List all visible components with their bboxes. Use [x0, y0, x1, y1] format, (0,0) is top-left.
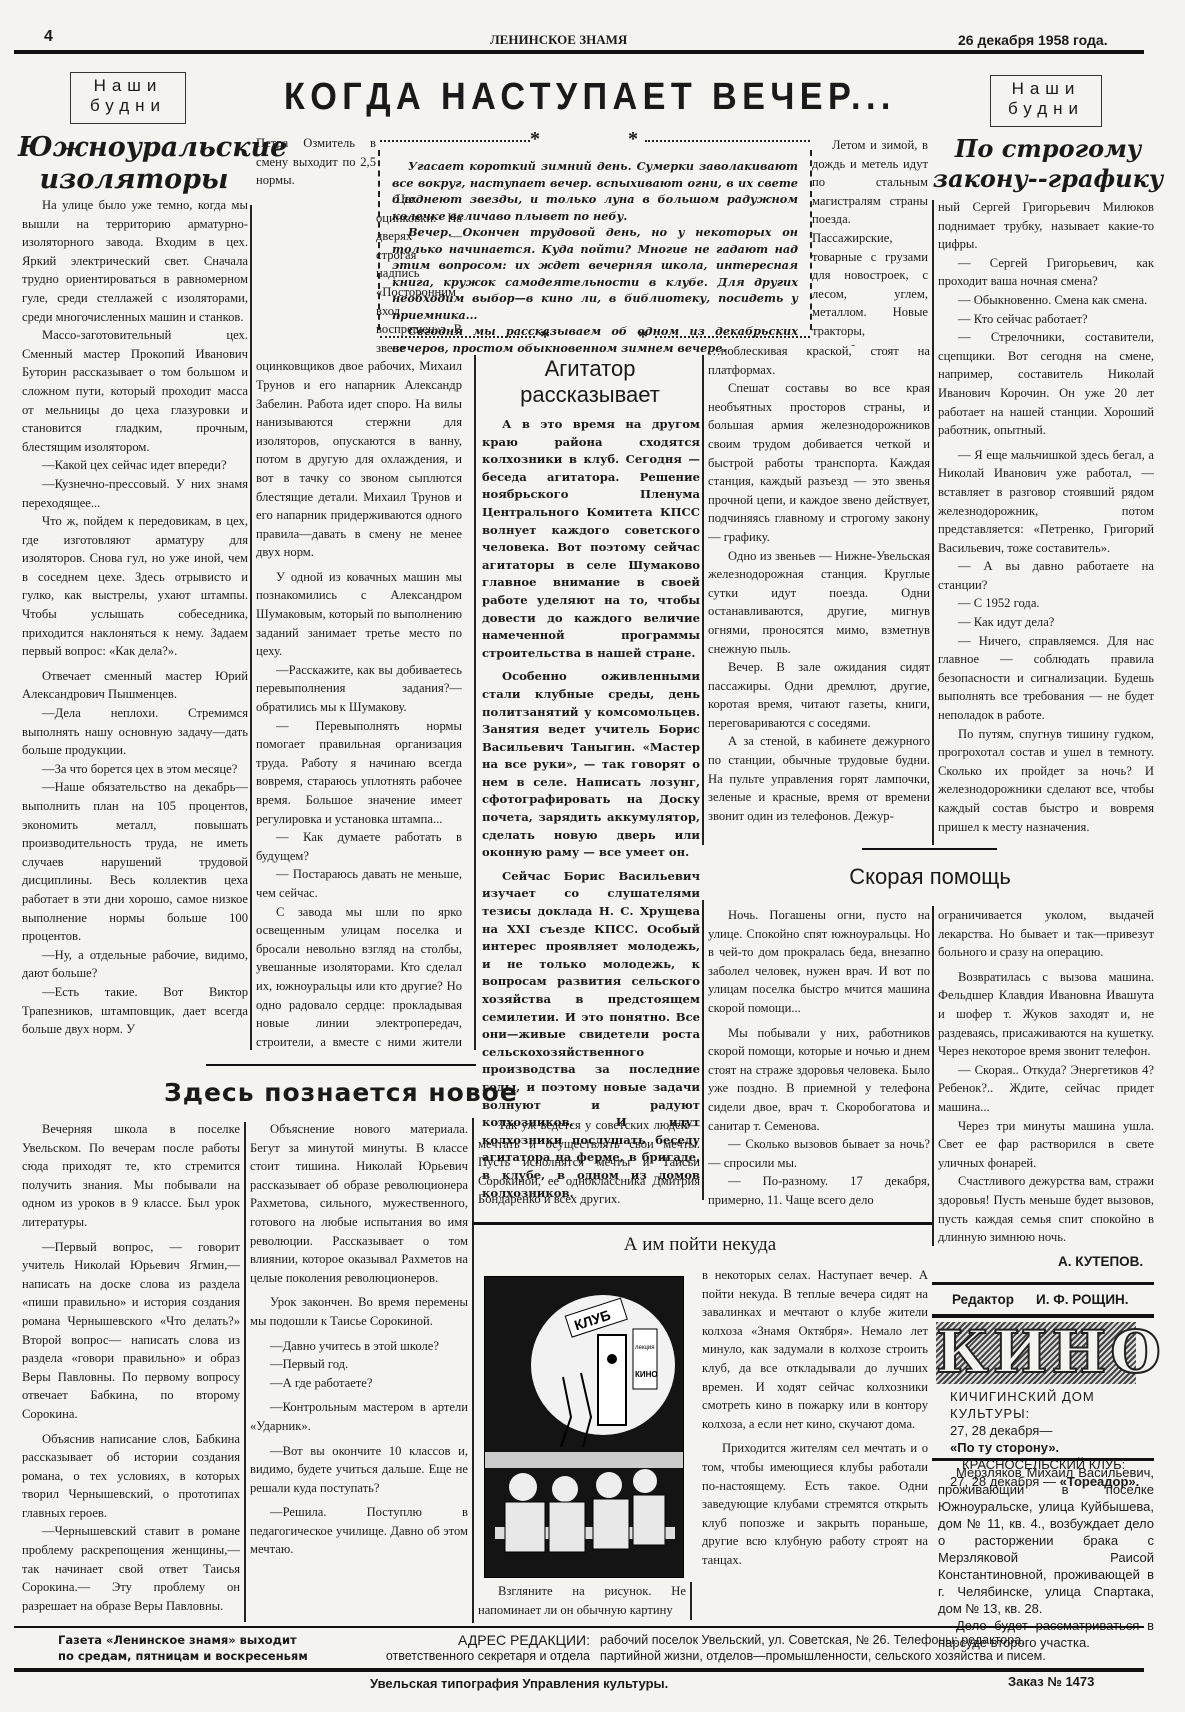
paragraph: На улице было уже темно, когда мы вышли … — [22, 196, 248, 326]
paragraph: — Ничего, справляемся. Для нас главное —… — [938, 632, 1154, 725]
decorative-border — [645, 140, 810, 148]
paragraph: Возвратилась с вызова машина. Фельдшер К… — [938, 968, 1154, 1061]
article-schedule-col-left: …поблескивая краской, стоят на платформа… — [708, 342, 930, 848]
svg-text:лекция: лекция — [635, 1345, 655, 1351]
article-author: А. КУТЕПОВ. — [1058, 1254, 1143, 1269]
address-label: АДРЕС РЕДАКЦИИ: — [340, 1632, 590, 1648]
article-title-agitator: Агитатор рассказывает — [480, 356, 700, 408]
paragraph: —Первый вопрос, — говорит учитель Никола… — [22, 1238, 240, 1424]
paragraph: —Какой цех сейчас идет впереди? — [22, 456, 248, 475]
page-main-title: КОГДА НАСТУПАЕТ ВЕЧЕР... — [284, 76, 896, 119]
editor-label: Редактор — [952, 1292, 1014, 1307]
article-schedule-col-right: ный Сергей Григорьевич Милюков поднимает… — [938, 198, 1154, 836]
intro-paragraph: Вечер. Окончен трудовой день, но у некот… — [392, 224, 798, 323]
article-nowhere-body: в некоторых селах. Наступает вечер. А по… — [702, 1266, 928, 1570]
address-line: рабочий поселок Увельский, ул. Советская… — [600, 1632, 1160, 1648]
paragraph: —Дела неплохи. Стремимся выполнять нашу … — [22, 704, 248, 760]
paragraph: Вечерняя школа в поселке Увельском. По в… — [22, 1120, 240, 1232]
paragraph: Счастливого дежурства вам, стражи здоров… — [938, 1172, 1154, 1246]
paragraph: Ночь. Погашены огни, пусто на улице. Спо… — [708, 906, 930, 1018]
paragraph: в некоторых селах. Наступает вечер. А по… — [702, 1266, 928, 1433]
paragraph: С завода мы шли по ярко освещенным улица… — [256, 903, 462, 1050]
paragraph: — Скорая.. Откуда? Энергетиков 4? Ребено… — [938, 1061, 1154, 1117]
paragraph: Объяснение нового материала. Бегут за ми… — [250, 1120, 468, 1287]
paragraph: По путям, спугнув тишину гудком, прогрох… — [938, 725, 1154, 837]
article-insulators-col2-narrow: Петра Озмитель в смену выходит по 2,5 но… — [256, 134, 376, 190]
article-school-col3: Так уж ведется у советских людей—мечтать… — [478, 1116, 700, 1209]
paragraph: — Я еще мальчишкой здесь бегал, а Никола… — [938, 446, 1154, 558]
paragraph: ный Сергей Григорьевич Милюков поднимает… — [938, 198, 1154, 254]
paragraph: —А где работаете? — [250, 1374, 468, 1393]
paragraph: — Обыкновенно. Смена как смена. — [938, 291, 1154, 310]
newspaper-name: ЛЕНИНСКОЕ ЗНАМЯ — [490, 32, 627, 48]
paragraph: Вечер. В зале ожидания сидят пассажиры. … — [708, 658, 930, 732]
decorative-border — [380, 140, 530, 148]
article-school-col1: Вечерняя школа в поселке Увельском. По в… — [22, 1120, 240, 1615]
editor-name: И. Ф. РОЩИН. — [1036, 1292, 1129, 1307]
article-insulators-col1: На улице было уже темно, когда мы вышли … — [22, 196, 248, 1039]
paragraph: ограничивается уколом, выдачей лекарства… — [938, 906, 1154, 962]
paragraph: Приходится жителям сел мечтать и о том, … — [702, 1439, 928, 1569]
article-title-schedule: По строгому закону--графику — [928, 134, 1168, 194]
paragraph: —Есть такие. Вот Виктор Трапезников, шта… — [22, 983, 248, 1039]
column-divider — [472, 1118, 474, 1623]
article-title-insulators: Южноуральские изоляторы — [18, 132, 250, 196]
column-divider — [932, 906, 934, 1246]
paragraph: У одной из ковачных машин мы познакомили… — [256, 568, 462, 661]
paragraph: Особенно оживленными стали клубные среды… — [482, 668, 700, 862]
paragraph: Одно из звеньев — Нижне-Увельская железн… — [708, 547, 930, 659]
article-title-school: Здесь познается новое — [164, 1078, 518, 1107]
footer-rule — [14, 1668, 1144, 1672]
paragraph: — С 1952 года. — [938, 594, 1154, 613]
paragraph: Через три минуты машина ушла. Свет ее фа… — [938, 1117, 1154, 1173]
paragraph: Спешат составы во все края необъятных пр… — [708, 379, 930, 546]
column-divider — [250, 205, 252, 1050]
publication-schedule: Газета «Ленинское знамя» выходит по сред… — [58, 1632, 308, 1664]
cinema-venue-1: КИЧИГИНСКИЙ ДОМ КУЛЬТУРЫ: — [950, 1388, 1156, 1422]
paragraph: — Перевыполнять нормы помогает правильна… — [256, 717, 462, 829]
paragraph: —Первый год. — [250, 1355, 468, 1374]
cartoon-caption: Взгляните на рисунок. Не напоминает ли о… — [478, 1582, 686, 1619]
paragraph: — Кто сейчас работает? — [938, 310, 1154, 329]
paragraph: —Ну, а отдельные рабочие, видимо, дают б… — [22, 946, 248, 983]
order-number: Заказ № 1473 — [1008, 1674, 1094, 1689]
section-rule — [862, 848, 997, 850]
issue-date: 26 декабря 1958 года. — [958, 32, 1108, 48]
paragraph: —Решила. Поступлю в педагогическое учили… — [250, 1503, 468, 1559]
article-school-col2: Объяснение нового материала. Бегут за ми… — [250, 1120, 468, 1559]
article-ambulance-col-left: Ночь. Погашены огни, пусто на улице. Спо… — [708, 906, 930, 1210]
editorial-address: рабочий поселок Увельский, ул. Советская… — [600, 1632, 1160, 1664]
divorce-notice: Мерзляков Михаил Васильевич, проживающий… — [938, 1464, 1154, 1651]
paragraph: —Кузнечно-прессовый. У них знамя переход… — [22, 475, 248, 512]
paragraph: — Как думаете работать в будущем? — [256, 828, 462, 865]
paragraph: …поблескивая краской, стоят на платформа… — [708, 342, 930, 379]
schedule-line: Газета «Ленинское знамя» выходит — [58, 1632, 308, 1648]
intro-box: Угасает короткий зимний день. Сумерки за… — [378, 150, 812, 330]
paragraph: —Давно учитесь в этой школе? — [250, 1337, 468, 1356]
paragraph: — По-разному. 17 декабря, примерно, 11. … — [708, 1172, 930, 1209]
paragraph: А за стеной, в кабинете дежурного по ста… — [708, 732, 930, 825]
paragraph: Летом и зимой, в дождь и метель идут по … — [812, 136, 928, 346]
section-rule — [206, 1064, 476, 1066]
column-divider — [690, 1582, 692, 1620]
article-title-ambulance: Скорая помощь — [780, 864, 1080, 890]
paragraph: А в это время на другом краю района сход… — [482, 416, 700, 662]
address-label-2: ответственного секретаря и отдела — [340, 1648, 590, 1664]
notice-paragraph: Мерзляков Михаил Васильевич, проживающий… — [938, 1464, 1154, 1617]
intro-paragraph: Угасает короткий зимний день. Сумерки за… — [392, 158, 798, 224]
cartoon-drawing-icon: КЛУБ лекция КИНО — [485, 1277, 684, 1578]
paragraph: — Стрелочники, составители, сцепщики. Во… — [938, 328, 1154, 440]
article-ambulance-col-right: ограничивается уколом, выдачей лекарства… — [938, 906, 1154, 1247]
paragraph: Так уж ведется у советских людей—мечтать… — [478, 1116, 700, 1209]
paragraph: Взгляните на рисунок. Не напоминает ли о… — [478, 1582, 686, 1619]
address-line: партийной жизни, отделов—промышленности,… — [600, 1648, 1160, 1664]
section-rule — [932, 1458, 1154, 1461]
section-rule — [932, 1282, 1154, 1285]
section-rule — [472, 1222, 932, 1225]
decorative-border — [380, 336, 535, 344]
page-number: 4 — [44, 28, 53, 46]
schedule-line: по средам, пятницам и воскресеньям — [58, 1648, 308, 1664]
asterisk-ornament: * — [540, 326, 550, 349]
asterisk-ornament: * — [638, 326, 648, 349]
paragraph: —Контрольным мастером в артели «Ударник»… — [250, 1398, 468, 1435]
column-divider — [702, 900, 704, 1200]
asterisk-ornament: * — [530, 128, 540, 151]
paragraph: Урок закончен. Во время перемены мы подо… — [250, 1293, 468, 1330]
rubric-label-left: Наши будни — [70, 72, 186, 124]
masthead-rule — [14, 50, 1144, 54]
column-divider — [932, 200, 934, 845]
paragraph: —Расскажите, как вы добиваетесь перевыпо… — [256, 661, 462, 717]
column-divider — [244, 1122, 246, 1622]
paragraph: — Постараюсь давать не меньше, чем сейча… — [256, 865, 462, 902]
paragraph: — А вы давно работаете на станции? — [938, 557, 1154, 594]
article-schedule-col-left-top: Летом и зимой, в дождь и метель идут по … — [812, 136, 928, 346]
article-title-nowhere: А им пойти некуда — [600, 1232, 800, 1258]
paragraph: —Вот вы окончите 10 классов и, видимо, б… — [250, 1442, 468, 1498]
paragraph: Массо-заготовительный цех. Сменный масте… — [22, 326, 248, 456]
venue-1-dates: 27, 28 декабря— — [950, 1423, 1052, 1438]
paragraph: — Сколько вызовов бывает за ночь? — спро… — [708, 1135, 930, 1172]
svg-text:КИНО: КИНО — [635, 1370, 658, 1379]
paragraph: —Чернышевский ставит в романе проблему р… — [22, 1522, 240, 1615]
editorial-address-label: АДРЕС РЕДАКЦИИ: ответственного секретаря… — [340, 1632, 590, 1664]
kino-logo: КИНО — [936, 1322, 1136, 1384]
paragraph: — Как идут дела? — [938, 613, 1154, 632]
rubric-label-right: Наши будни — [990, 75, 1102, 127]
paragraph: Петра Озмитель в смену выходит по 2,5 но… — [256, 134, 376, 190]
paragraph: Отвечает сменный мастер Юрий Александров… — [22, 667, 248, 704]
asterisk-ornament: * — [628, 128, 638, 151]
column-divider — [474, 355, 476, 1050]
column-divider — [702, 355, 704, 845]
paragraph: —Наше обязательство на декабрь—выполнить… — [22, 778, 248, 945]
paragraph: — Сергей Григорьевич, как проходит ваша … — [938, 254, 1154, 291]
paragraph: Что ж, пойдем к передовикам, в цех, где … — [22, 512, 248, 661]
venue-1-film: «По ту сторону». — [950, 1439, 1156, 1456]
footer-rule — [14, 1626, 1144, 1628]
paragraph: Объяснив написание слов, Бабкина рассказ… — [22, 1430, 240, 1523]
printer-credit: Увельская типография Управления культуры… — [370, 1676, 668, 1691]
cartoon-illustration: КЛУБ лекция КИНО — [484, 1276, 684, 1578]
paragraph: —За что борется цех в этом месяце? — [22, 760, 248, 779]
paragraph: Мы побывали у них, работников скорой пом… — [708, 1024, 930, 1136]
